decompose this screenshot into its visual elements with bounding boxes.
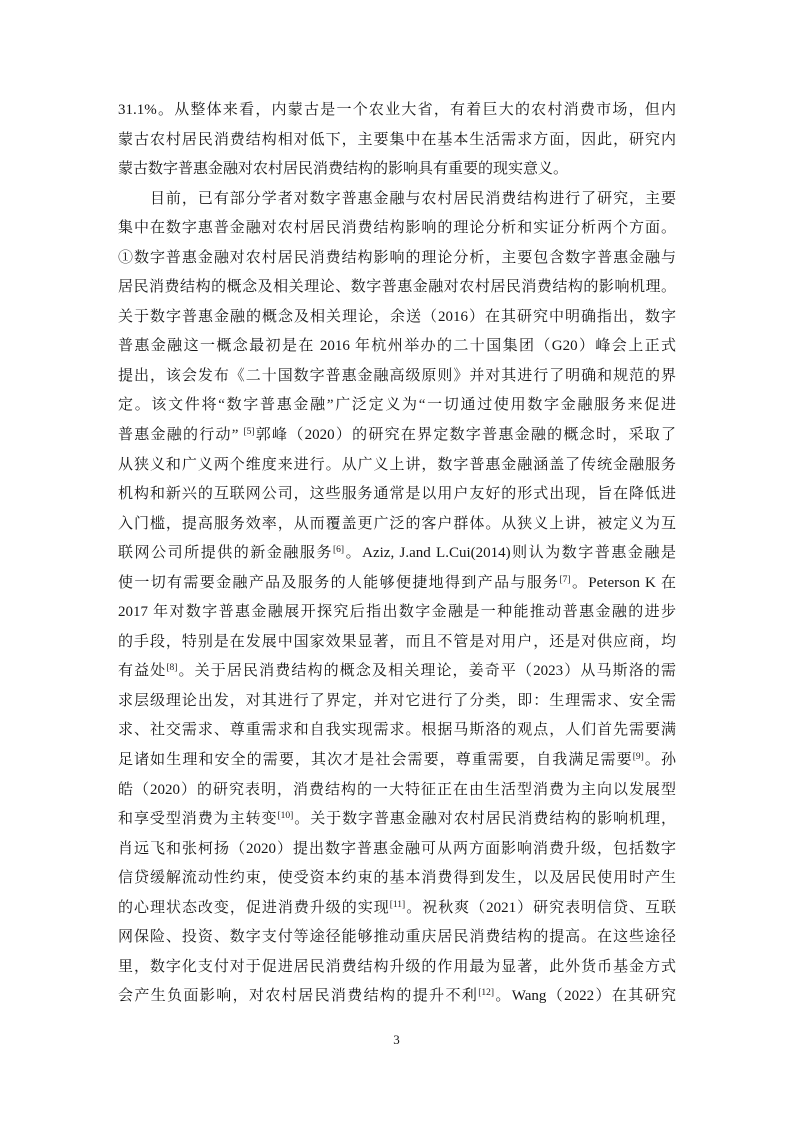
text-line-17: 使一切有需要金融产品及服务的人能够便捷地得到产品与服务[7]。Peterson … bbox=[118, 569, 676, 599]
text-run: 定。该文件将“数字普惠金融”广泛定义为“一切通过使用数字金融服务来促进 bbox=[118, 397, 676, 413]
footnote-ref: [11] bbox=[390, 900, 405, 910]
text-run: 蒙古数字普惠金融对农村居民消费结构的影响具有重要的现实意义。 bbox=[118, 161, 568, 177]
text-run: 目前，已有部分学者对数字普惠金融与农村居民消费结构进行了研究，主要 bbox=[118, 191, 676, 207]
text-run: 蒙古农村居民消费结构相对低下，主要集中在基本生活需求方面，因此，研究内 bbox=[118, 132, 676, 148]
text-line-14: 机构和新兴的互联网公司，这些服务通常是以用户友好的形式出现，旨在降低进 bbox=[118, 480, 676, 510]
text-run: 的心理状态改变，促进消费升级的实现 bbox=[118, 900, 390, 916]
text-run: 求层级理论出发，对其进行了界定，并对它进行了分类，即：生理需求、安全需 bbox=[118, 693, 676, 709]
text-line-31: 会产生负面影响，对农村居民消费结构的提升不利[12]。Wang（2022）在其研… bbox=[118, 982, 676, 1012]
text-run: 。关于数字普惠金融对农村居民消费结构的影响机理， bbox=[293, 811, 676, 827]
footnote-ref: [5] bbox=[243, 427, 254, 437]
text-run: 和享受型消费为主转变 bbox=[118, 811, 277, 827]
text-run: 足诸如生理和安全的需要，其次才是社会需要，尊重需要，自我满足需要 bbox=[118, 752, 633, 768]
text-run: 。Wang（2022）在其研究 bbox=[494, 988, 676, 1004]
text-run: 郭峰（2020）的研究在界定数字普惠金融的概念时，采取了 bbox=[255, 427, 676, 443]
text-line-13: 从狭义和广义两个维度来进行。从广义上讲，数字普惠金融涵盖了传统金融服务 bbox=[118, 451, 676, 481]
page-number: 3 bbox=[0, 1030, 793, 1050]
text-run: 网保险、投资、数字支付等途径能够推动重庆居民消费结构的提高。在这些途径 bbox=[118, 929, 676, 945]
text-line-19: 的手段，特别是在发展中国家效果显著，而且不管是对用户，还是对供应商，均 bbox=[118, 628, 676, 658]
text-line-9: 普惠金融这一概念最初是在 2016 年杭州举办的二十国集团（G20）峰会上正式 bbox=[118, 332, 676, 362]
text-run: 入门槛，提高服务效率，从而覆盖更广泛的客户群体。从狭义上讲，被定义为互 bbox=[118, 516, 676, 532]
text-line-24: 皓（2020）的研究表明，消费结构的一大特征正在由生活型消费为主向以发展型 bbox=[118, 776, 676, 806]
text-run: 。Peterson K 在 bbox=[571, 575, 676, 591]
text-line-23: 足诸如生理和安全的需要，其次才是社会需要，尊重需要，自我满足需要[9]。孙 bbox=[118, 746, 676, 776]
document-page: 31.1%。从整体来看，内蒙古是一个农业大省，有着巨大的农村消费市场，但内蒙古农… bbox=[0, 0, 793, 1122]
text-run: 从狭义和广义两个维度来进行。从广义上讲，数字普惠金融涵盖了传统金融服务 bbox=[118, 457, 676, 473]
text-run: 机构和新兴的互联网公司，这些服务通常是以用户友好的形式出现，旨在降低进 bbox=[118, 486, 676, 502]
text-run: 使一切有需要金融产品及服务的人能够便捷地得到产品与服务 bbox=[118, 575, 560, 591]
text-run: ①数字普惠金融对农村居民消费结构影响的理论分析，主要包含数字普惠金融与 bbox=[118, 250, 676, 266]
text-line-18: 2017 年对数字普惠金融展开探究后指出数字金融是一种能推动普惠金融的进步 bbox=[118, 598, 676, 628]
text-line-16: 联网公司所提供的新金融服务[6]。Aziz, J.and L.Cui(2014)… bbox=[118, 539, 676, 569]
text-line-28: 的心理状态改变，促进消费升级的实现[11]。祝秋爽（2021）研究表明信贷、互联 bbox=[118, 894, 676, 924]
text-line-15: 入门槛，提高服务效率，从而覆盖更广泛的客户群体。从狭义上讲，被定义为互 bbox=[118, 510, 676, 540]
text-line-12: 普惠金融的行动” [5]郭峰（2020）的研究在界定数字普惠金融的概念时，采取了 bbox=[118, 421, 676, 451]
text-run: 求、社交需求、尊重需求和自我实现需求。根据马斯洛的观点，人们首先需要满 bbox=[118, 722, 676, 738]
text-run: 信贷缓解流动性约束，使受资本约束的基本消费得到发生，以及居民使用时产生 bbox=[118, 870, 676, 886]
text-run: 31.1%。从整体来看，内蒙古是一个农业大省，有着巨大的农村消费市场，但内 bbox=[118, 102, 676, 118]
text-run: 里，数字化支付对于促进居民消费结构升级的作用最为显著，此外货币基金方式 bbox=[118, 959, 676, 975]
text-line-21: 求层级理论出发，对其进行了界定，并对它进行了分类，即：生理需求、安全需 bbox=[118, 687, 676, 717]
text-run: 有益处 bbox=[118, 663, 166, 679]
text-run: 普惠金融的行动” bbox=[118, 427, 243, 443]
text-line-20: 有益处[8]。关于居民消费结构的概念及相关理论，姜奇平（2023）从马斯洛的需 bbox=[118, 657, 676, 687]
text-line-8: 关于数字普惠金融的概念及相关理论，余送（2016）在其研究中明确指出，数字 bbox=[118, 303, 676, 333]
footnote-ref: [6] bbox=[333, 545, 344, 555]
text-line-5: 集中在数字惠普金融对农村居民消费结构影响的理论分析和实证分析两个方面。 bbox=[118, 214, 676, 244]
text-line-30: 里，数字化支付对于促进居民消费结构升级的作用最为显著，此外货币基金方式 bbox=[118, 953, 676, 983]
text-line-22: 求、社交需求、尊重需求和自我实现需求。根据马斯洛的观点，人们首先需要满 bbox=[118, 716, 676, 746]
text-line-25: 和享受型消费为主转变[10]。关于数字普惠金融对农村居民消费结构的影响机理， bbox=[118, 805, 676, 835]
text-run: 关于数字普惠金融的概念及相关理论，余送（2016）在其研究中明确指出，数字 bbox=[118, 309, 676, 325]
text-run: 2017 年对数字普惠金融展开探究后指出数字金融是一种能推动普惠金融的进步 bbox=[118, 604, 676, 620]
text-run: 普惠金融这一概念最初是在 2016 年杭州举办的二十国集团（G20）峰会上正式 bbox=[118, 338, 676, 354]
text-run: 。Aziz, J.and L.Cui(2014)则认为数字普惠金融是 bbox=[344, 545, 676, 561]
text-block: 31.1%。从整体来看，内蒙古是一个农业大省，有着巨大的农村消费市场，但内蒙古农… bbox=[118, 96, 676, 1012]
text-run: 皓（2020）的研究表明，消费结构的一大特征正在由生活型消费为主向以发展型 bbox=[118, 782, 676, 798]
footnote-ref: [9] bbox=[633, 752, 644, 762]
footnote-ref: [8] bbox=[166, 663, 177, 673]
text-run: 居民消费结构的概念及相关理论、数字普惠金融对农村居民消费结构的影响机理。 bbox=[118, 279, 676, 295]
text-line-6: ①数字普惠金融对农村居民消费结构影响的理论分析，主要包含数字普惠金融与 bbox=[118, 244, 676, 274]
text-run: 联网公司所提供的新金融服务 bbox=[118, 545, 333, 561]
text-line-29: 网保险、投资、数字支付等途径能够推动重庆居民消费结构的提高。在这些途径 bbox=[118, 923, 676, 953]
footnote-ref: [12] bbox=[478, 988, 494, 998]
text-run: 。祝秋爽（2021）研究表明信贷、互联 bbox=[405, 900, 676, 916]
text-line-3: 蒙古数字普惠金融对农村居民消费结构的影响具有重要的现实意义。 bbox=[118, 155, 676, 185]
text-run: 集中在数字惠普金融对农村居民消费结构影响的理论分析和实证分析两个方面。 bbox=[118, 220, 676, 236]
text-run: 会产生负面影响，对农村居民消费结构的提升不利 bbox=[118, 988, 478, 1004]
text-run: 提出，该会发布《二十国数字普惠金融高级原则》并对其进行了明确和规范的界 bbox=[118, 368, 676, 384]
text-run: 。孙 bbox=[644, 752, 676, 768]
footnote-ref: [10] bbox=[277, 811, 293, 821]
text-line-11: 定。该文件将“数字普惠金融”广泛定义为“一切通过使用数字金融服务来促进 bbox=[118, 391, 676, 421]
text-line-10: 提出，该会发布《二十国数字普惠金融高级原则》并对其进行了明确和规范的界 bbox=[118, 362, 676, 392]
text-line-1: 31.1%。从整体来看，内蒙古是一个农业大省，有着巨大的农村消费市场，但内 bbox=[118, 96, 676, 126]
text-line-4: 目前，已有部分学者对数字普惠金融与农村居民消费结构进行了研究，主要 bbox=[118, 185, 676, 215]
footnote-ref: [7] bbox=[560, 575, 571, 585]
text-line-27: 信贷缓解流动性约束，使受资本约束的基本消费得到发生，以及居民使用时产生 bbox=[118, 864, 676, 894]
text-line-7: 居民消费结构的概念及相关理论、数字普惠金融对农村居民消费结构的影响机理。 bbox=[118, 273, 676, 303]
text-run: 。关于居民消费结构的概念及相关理论，姜奇平（2023）从马斯洛的需 bbox=[177, 663, 676, 679]
text-run: 肖远飞和张柯扬（2020）提出数字普惠金融可从两方面影响消费升级，包括数字 bbox=[118, 841, 676, 857]
text-run: 的手段，特别是在发展中国家效果显著，而且不管是对用户，还是对供应商，均 bbox=[118, 634, 676, 650]
text-line-2: 蒙古农村居民消费结构相对低下，主要集中在基本生活需求方面，因此，研究内 bbox=[118, 126, 676, 156]
text-line-26: 肖远飞和张柯扬（2020）提出数字普惠金融可从两方面影响消费升级，包括数字 bbox=[118, 835, 676, 865]
